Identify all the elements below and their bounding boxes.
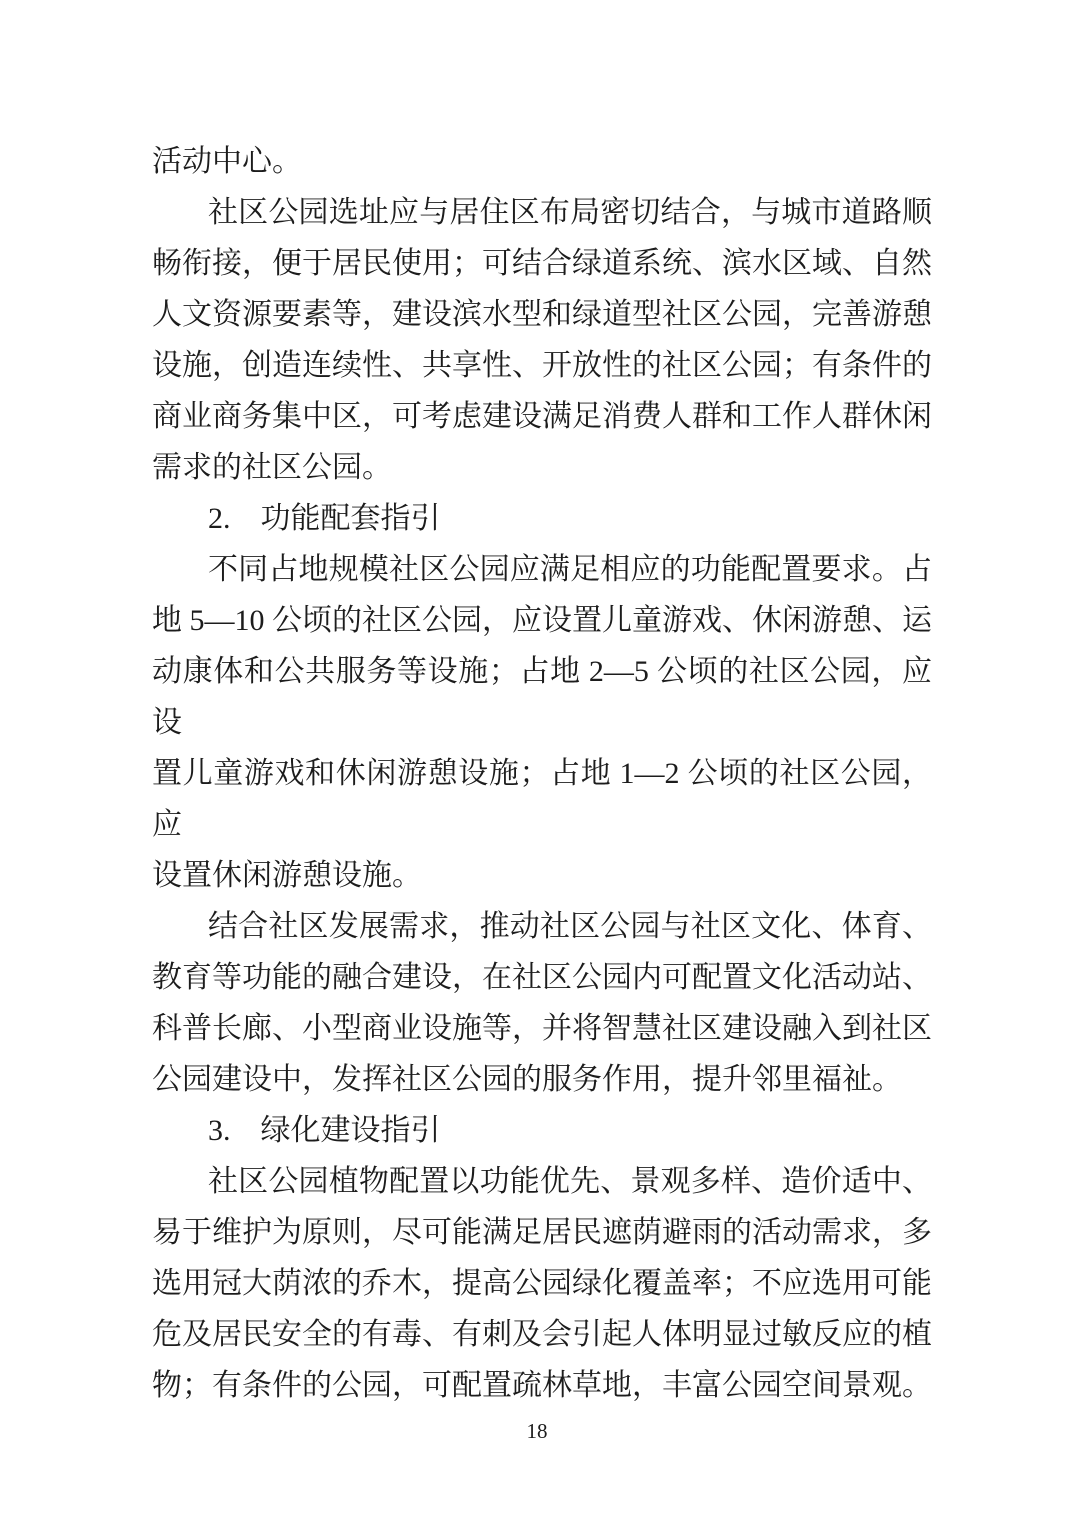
text-line: 置儿童游戏和休闲游憩设施；占地 1—2 公顷的社区公园，应: [152, 748, 932, 850]
text-line: 商业商务集中区，可考虑建设满足消费人群和工作人群休闲: [152, 391, 932, 442]
text-line: 教育等功能的融合建设，在社区公园内可配置文化活动站、: [152, 952, 932, 1003]
text-line: 活动中心。: [152, 136, 932, 187]
text-line: 社区公园选址应与居住区布局密切结合，与城市道路顺: [152, 187, 932, 238]
page-number: 18: [0, 1419, 1074, 1444]
text-line: 2. 功能配套指引: [152, 493, 932, 544]
paragraph-siting-guideline: 社区公园选址应与居住区布局密切结合，与城市道路顺畅衔接，便于居民使用；可结合绿道…: [152, 187, 932, 493]
paragraph-integration-guideline: 结合社区发展需求，推动社区公园与社区文化、体育、教育等功能的融合建设，在社区公园…: [152, 901, 932, 1105]
document-page: 活动中心。社区公园选址应与居住区布局密切结合，与城市道路顺畅衔接，便于居民使用；…: [0, 0, 1074, 1520]
text-line: 危及居民安全的有毒、有刺及会引起人体明显过敏反应的植: [152, 1309, 932, 1360]
text-line: 物；有条件的公园，可配置疏林草地，丰富公园空间景观。: [152, 1360, 932, 1411]
paragraph-continuation: 活动中心。: [152, 136, 932, 187]
document-body: 活动中心。社区公园选址应与居住区布局密切结合，与城市道路顺畅衔接，便于居民使用；…: [152, 136, 932, 1411]
text-line: 动康体和公共服务等设施；占地 2—5 公顷的社区公园，应设: [152, 646, 932, 748]
text-line: 人文资源要素等，建设滨水型和绿道型社区公园，完善游憩: [152, 289, 932, 340]
text-line: 结合社区发展需求，推动社区公园与社区文化、体育、: [152, 901, 932, 952]
paragraph-function-guideline: 不同占地规模社区公园应满足相应的功能配置要求。占地 5—10 公顷的社区公园，应…: [152, 544, 932, 901]
text-line: 不同占地规模社区公园应满足相应的功能配置要求。占: [152, 544, 932, 595]
text-line: 科普长廊、小型商业设施等，并将智慧社区建设融入到社区: [152, 1003, 932, 1054]
text-line: 畅衔接，便于居民使用；可结合绿道系统、滨水区域、自然: [152, 238, 932, 289]
text-line: 选用冠大荫浓的乔木，提高公园绿化覆盖率；不应选用可能: [152, 1258, 932, 1309]
text-line: 地 5—10 公顷的社区公园，应设置儿童游戏、休闲游憩、运: [152, 595, 932, 646]
text-line: 社区公园植物配置以功能优先、景观多样、造价适中、: [152, 1156, 932, 1207]
text-line: 3. 绿化建设指引: [152, 1105, 932, 1156]
text-line: 公园建设中，发挥社区公园的服务作用，提升邻里福祉。: [152, 1054, 932, 1105]
text-line: 设施，创造连续性、共享性、开放性的社区公园；有条件的: [152, 340, 932, 391]
text-line: 设置休闲游憩设施。: [152, 850, 932, 901]
numbered-heading-3: 3. 绿化建设指引: [152, 1105, 932, 1156]
text-line: 易于维护为原则，尽可能满足居民遮荫避雨的活动需求，多: [152, 1207, 932, 1258]
text-line: 需求的社区公园。: [152, 442, 932, 493]
paragraph-greening-guideline: 社区公园植物配置以功能优先、景观多样、造价适中、易于维护为原则，尽可能满足居民遮…: [152, 1156, 932, 1411]
numbered-heading-2: 2. 功能配套指引: [152, 493, 932, 544]
